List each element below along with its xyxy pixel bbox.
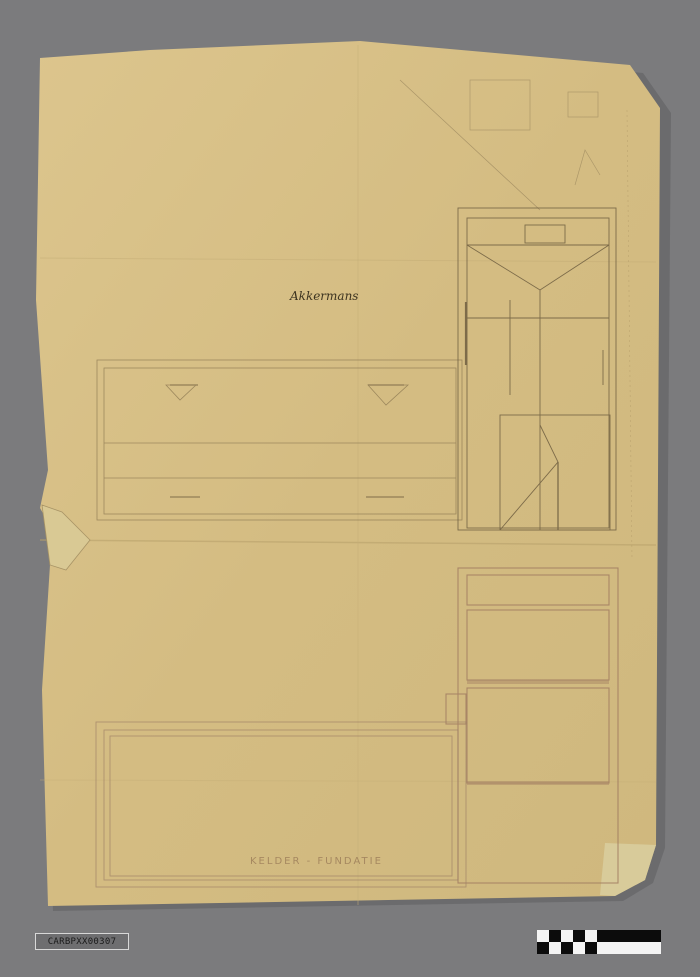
scale-bar — [537, 930, 661, 954]
catalog-id-label: CARBPXX00307 — [35, 933, 129, 950]
plan-title: KELDER - FUNDATIE — [250, 856, 383, 867]
paper — [36, 41, 660, 906]
signature: Akkermans — [290, 289, 358, 303]
plan-sheet — [0, 0, 700, 977]
catalog-id: CARBPXX00307 — [48, 937, 117, 947]
